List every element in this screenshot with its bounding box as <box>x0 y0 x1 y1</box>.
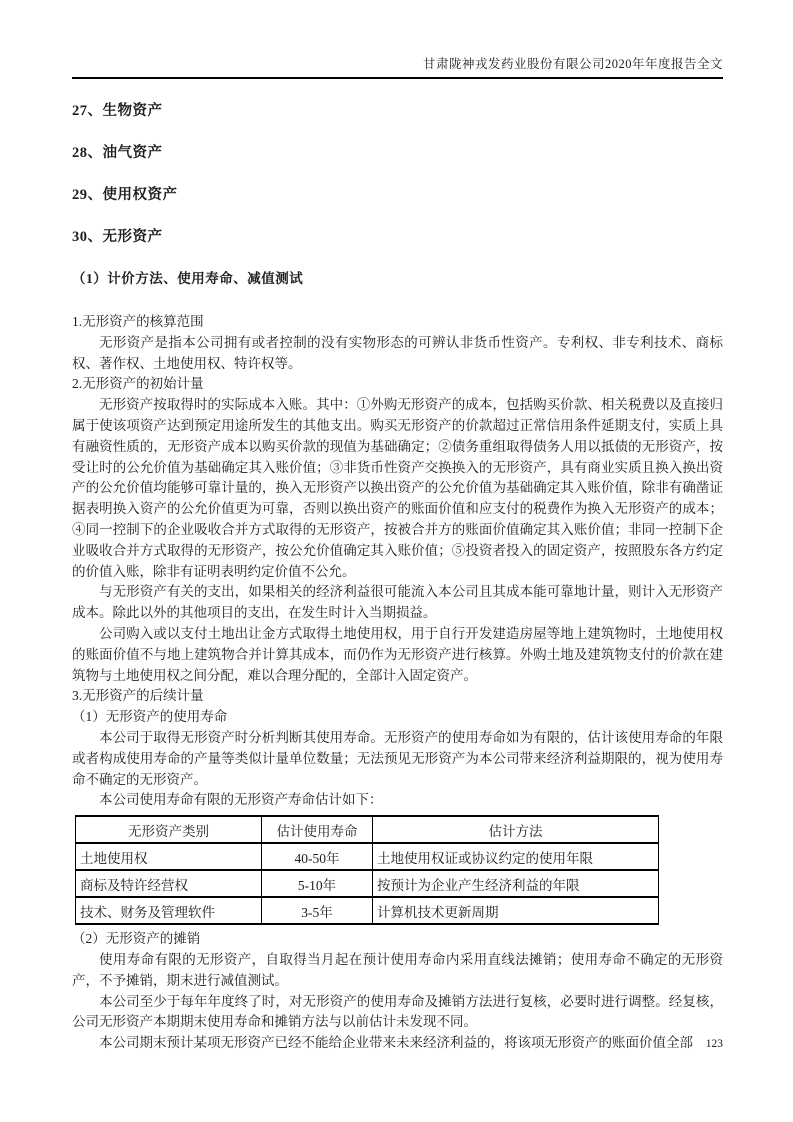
table-cell: 计算机技术更新周期 <box>373 897 659 924</box>
paragraph: 无形资产按取得时的实际成本入账。其中：①外购无形资产的成本，包括购买价款、相关税… <box>72 395 723 582</box>
table-header-cell: 估计方法 <box>373 816 659 843</box>
paragraph: 本公司至少于每年年度终了时，对无形资产的使用寿命及摊销方法进行复核，必要时进行调… <box>72 992 723 1034</box>
section-heading-28: 28、油气资产 <box>72 145 723 161</box>
paragraph: 本公司期末预计某项无形资产已经不能给企业带来未来经济利益的，将该项无形资产的账面… <box>72 1033 723 1054</box>
section-heading-29: 29、使用权资产 <box>72 187 723 203</box>
paragraph: （2）无形资产的摊销 <box>72 929 723 950</box>
section-heading-27: 27、生物资产 <box>72 103 723 119</box>
table-cell: 40-50年 <box>262 843 373 870</box>
table-header-row: 无形资产类别 估计使用寿命 估计方法 <box>76 816 659 843</box>
body-text-after-table: （2）无形资产的摊销 使用寿命有限的无形资产，自取得当月起在预计使用寿命内采用直… <box>72 929 723 1054</box>
table-header-cell: 无形资产类别 <box>76 816 262 843</box>
table-cell: 按预计为企业产生经济利益的年限 <box>373 870 659 897</box>
sub-heading-valuation: （1）计价方法、使用寿命、减值测试 <box>72 271 723 286</box>
table-cell: 5-10年 <box>262 870 373 897</box>
body-text-before-table: 1.无形资产的核算范围 无形资产是指本公司拥有或者控制的没有实物形态的可辨认非货… <box>72 312 723 811</box>
table-header-cell: 估计使用寿命 <box>262 816 373 843</box>
paragraph: 本公司于取得无形资产时分析判断其使用寿命。无形资产的使用寿命如为有限的，估计该使… <box>72 728 723 790</box>
section-heading-30: 30、无形资产 <box>72 229 723 245</box>
useful-life-table: 无形资产类别 估计使用寿命 估计方法 土地使用权 40-50年 土地使用权证或协… <box>75 815 659 925</box>
paragraph: 本公司使用寿命有限的无形资产寿命估计如下： <box>72 790 723 811</box>
paragraph: 3.无形资产的后续计量 <box>72 686 723 707</box>
table-cell: 土地使用权 <box>76 843 262 870</box>
page-number: 123 <box>706 1038 723 1050</box>
paragraph: 与无形资产有关的支出，如果相关的经济利益很可能流入本公司且其成本能可靠地计量，则… <box>72 582 723 624</box>
table-row: 技术、财务及管理软件 3-5年 计算机技术更新周期 <box>76 897 659 924</box>
table-cell: 土地使用权证或协议约定的使用年限 <box>373 843 659 870</box>
table-row: 商标及特许经营权 5-10年 按预计为企业产生经济利益的年限 <box>76 870 659 897</box>
paragraph: 1.无形资产的核算范围 <box>72 312 723 333</box>
table-cell: 技术、财务及管理软件 <box>76 897 262 924</box>
document-page: 甘肃陇神戎发药业股份有限公司2020年年度报告全文 27、生物资产 28、油气资… <box>0 0 793 1122</box>
paragraph: 无形资产是指本公司拥有或者控制的没有实物形态的可辨认非货币性资产。专利权、非专利… <box>72 333 723 375</box>
table-cell: 商标及特许经营权 <box>76 870 262 897</box>
table-cell: 3-5年 <box>262 897 373 924</box>
paragraph: 2.无形资产的初始计量 <box>72 374 723 395</box>
table-row: 土地使用权 40-50年 土地使用权证或协议约定的使用年限 <box>76 843 659 870</box>
paragraph: 使用寿命有限的无形资产，自取得当月起在预计使用寿命内采用直线法摊销；使用寿命不确… <box>72 950 723 992</box>
paragraph: 公司购入或以支付土地出让金方式取得土地使用权，用于自行开发建造房屋等地上建筑物时… <box>72 624 723 686</box>
paragraph: （1）无形资产的使用寿命 <box>72 707 723 728</box>
report-header: 甘肃陇神戎发药业股份有限公司2020年年度报告全文 <box>72 0 723 79</box>
